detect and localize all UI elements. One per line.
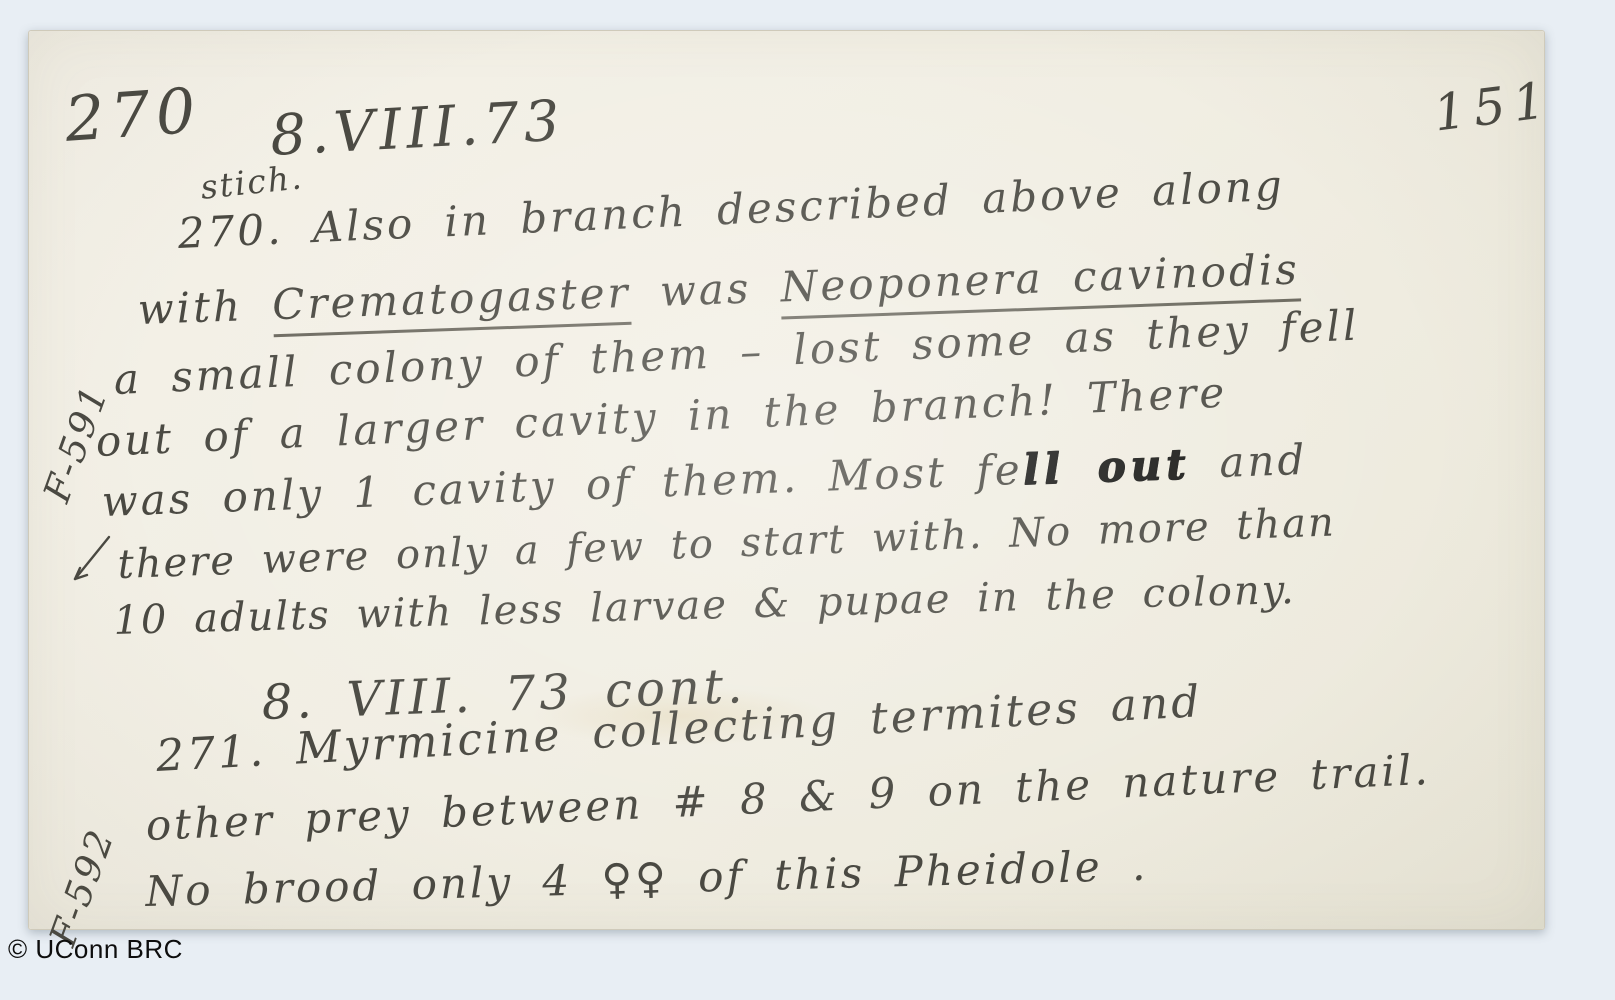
line-2-plain-text: was: [630, 263, 782, 317]
species-abbrev-note: stich.: [199, 160, 305, 204]
line-2-plain-text: with: [137, 280, 273, 334]
page-number: 151: [1431, 74, 1556, 138]
margin-film-number-bottom: F-592: [41, 822, 123, 951]
date-heading: 8.VIII.73: [269, 94, 566, 165]
margin-arrow-icon: [65, 531, 115, 591]
genus-crematogaster-underlined: Crematogaster: [271, 268, 631, 337]
heavy-ink-overwrite: ll out: [1022, 439, 1191, 494]
copyright-credit: © UConn BRC: [8, 934, 183, 965]
line-5-plain-text: and: [1189, 435, 1308, 488]
entry-number-heading: 270: [63, 79, 203, 150]
entry-270-line-1: 270. Also in branch described above alon…: [177, 165, 1286, 255]
index-card: 270 8.VIII.73 stich. 151 270. Also in br…: [28, 30, 1545, 930]
entry-271-line-3: No brood only 4 ♀♀ of this Pheidole .: [145, 845, 1149, 913]
